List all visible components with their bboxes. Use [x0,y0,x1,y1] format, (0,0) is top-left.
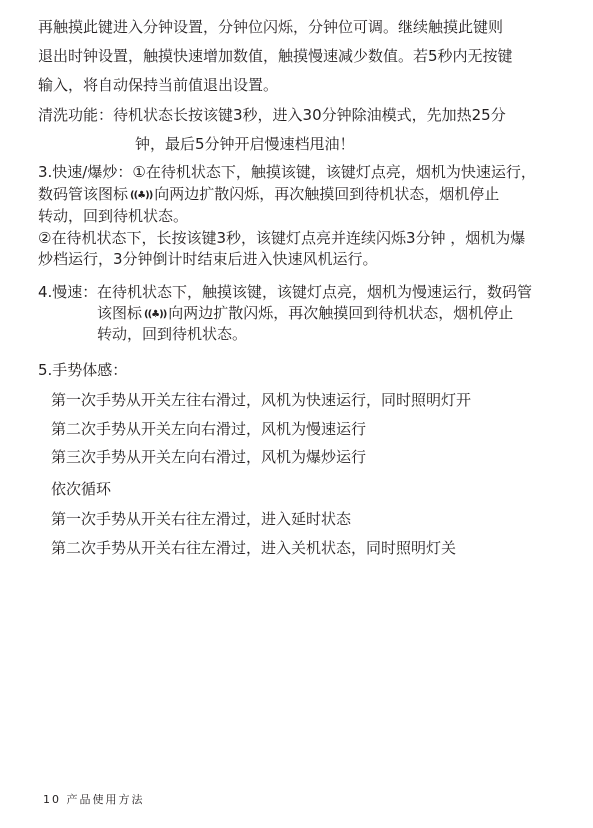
section3-line-2-post: 向两边扩散闪烁，再次触摸回到待机状态，烟机停止 [154,185,499,203]
section3-line-2: 数码管该图标((♣))向两边扩散闪烁，再次触摸回到待机状态，烟机停止 [38,184,499,206]
page-footer: 10 产品使用方法 [43,792,145,808]
section3-line-2-pre: 数码管该图标 [38,185,128,203]
section3-line-1: 3.快速/爆炒：①在待机状态下，触摸该键，该键灯点亮，烟机为快速运行， [38,162,536,182]
intro-line-1: 再触摸此键进入分钟设置，分钟位闪烁，分钟位可调。继续触摸此键则 [38,17,503,37]
fan-icon: ((♣)) [144,305,166,325]
gesture-item: 第三次手势从开关左向右滑过，风机为爆炒运行 [51,447,366,467]
gesture-item: 第一次手势从开关右往左滑过，进入延时状态 [51,509,351,529]
gesture-item: 第二次手势从开关右往左滑过，进入关机状态，同时照明灯关 [51,538,456,558]
section3-line-5: 炒档运行，3分钟倒计时结束后进入快速风机运行。 [38,249,378,269]
gesture-item: 第一次手势从开关左往右滑过，风机为快速运行，同时照明灯开 [51,390,471,410]
section3-line-4: ②在待机状态下，长按该键3秒，该键灯点亮并连续闪烁3分钟 ，烟机为爆 [38,228,525,248]
gesture-item: 依次循环 [51,479,111,499]
section4-label: 4.慢速： [38,282,97,302]
section3-line-3: 转动，回到待机状态。 [38,206,188,226]
clean-function-line-1: 清洗功能：待机状态长按该键3秒，进入30分钟除油模式，先加热25分 [38,105,506,125]
section4-line-2-pre: 该图标 [97,304,142,322]
section4-line-1: 在待机状态下，触摸该键，该键灯点亮，烟机为慢速运行，数码管 [97,282,532,302]
intro-line-3: 输入，将自动保持当前值退出设置。 [38,75,278,95]
section4-line-3: 转动，回到待机状态。 [97,324,247,344]
gesture-item: 第二次手势从开关左向右滑过，风机为慢速运行 [51,419,366,439]
section4-line-2: 该图标((♣))向两边扩散闪烁，再次触摸回到待机状态，烟机停止 [97,303,513,325]
fan-icon: ((♣)) [130,186,152,206]
clean-function-line-2: 钟，最后5分钟开启慢速档甩油！ [135,134,355,154]
intro-line-2: 退出时钟设置，触摸快速增加数值，触摸慢速减少数值。若5秒内无按键 [38,46,513,66]
section4-line-2-post: 向两边扩散闪烁，再次触摸回到待机状态，烟机停止 [168,304,513,322]
section5-title: 5.手势体感： [38,360,127,380]
